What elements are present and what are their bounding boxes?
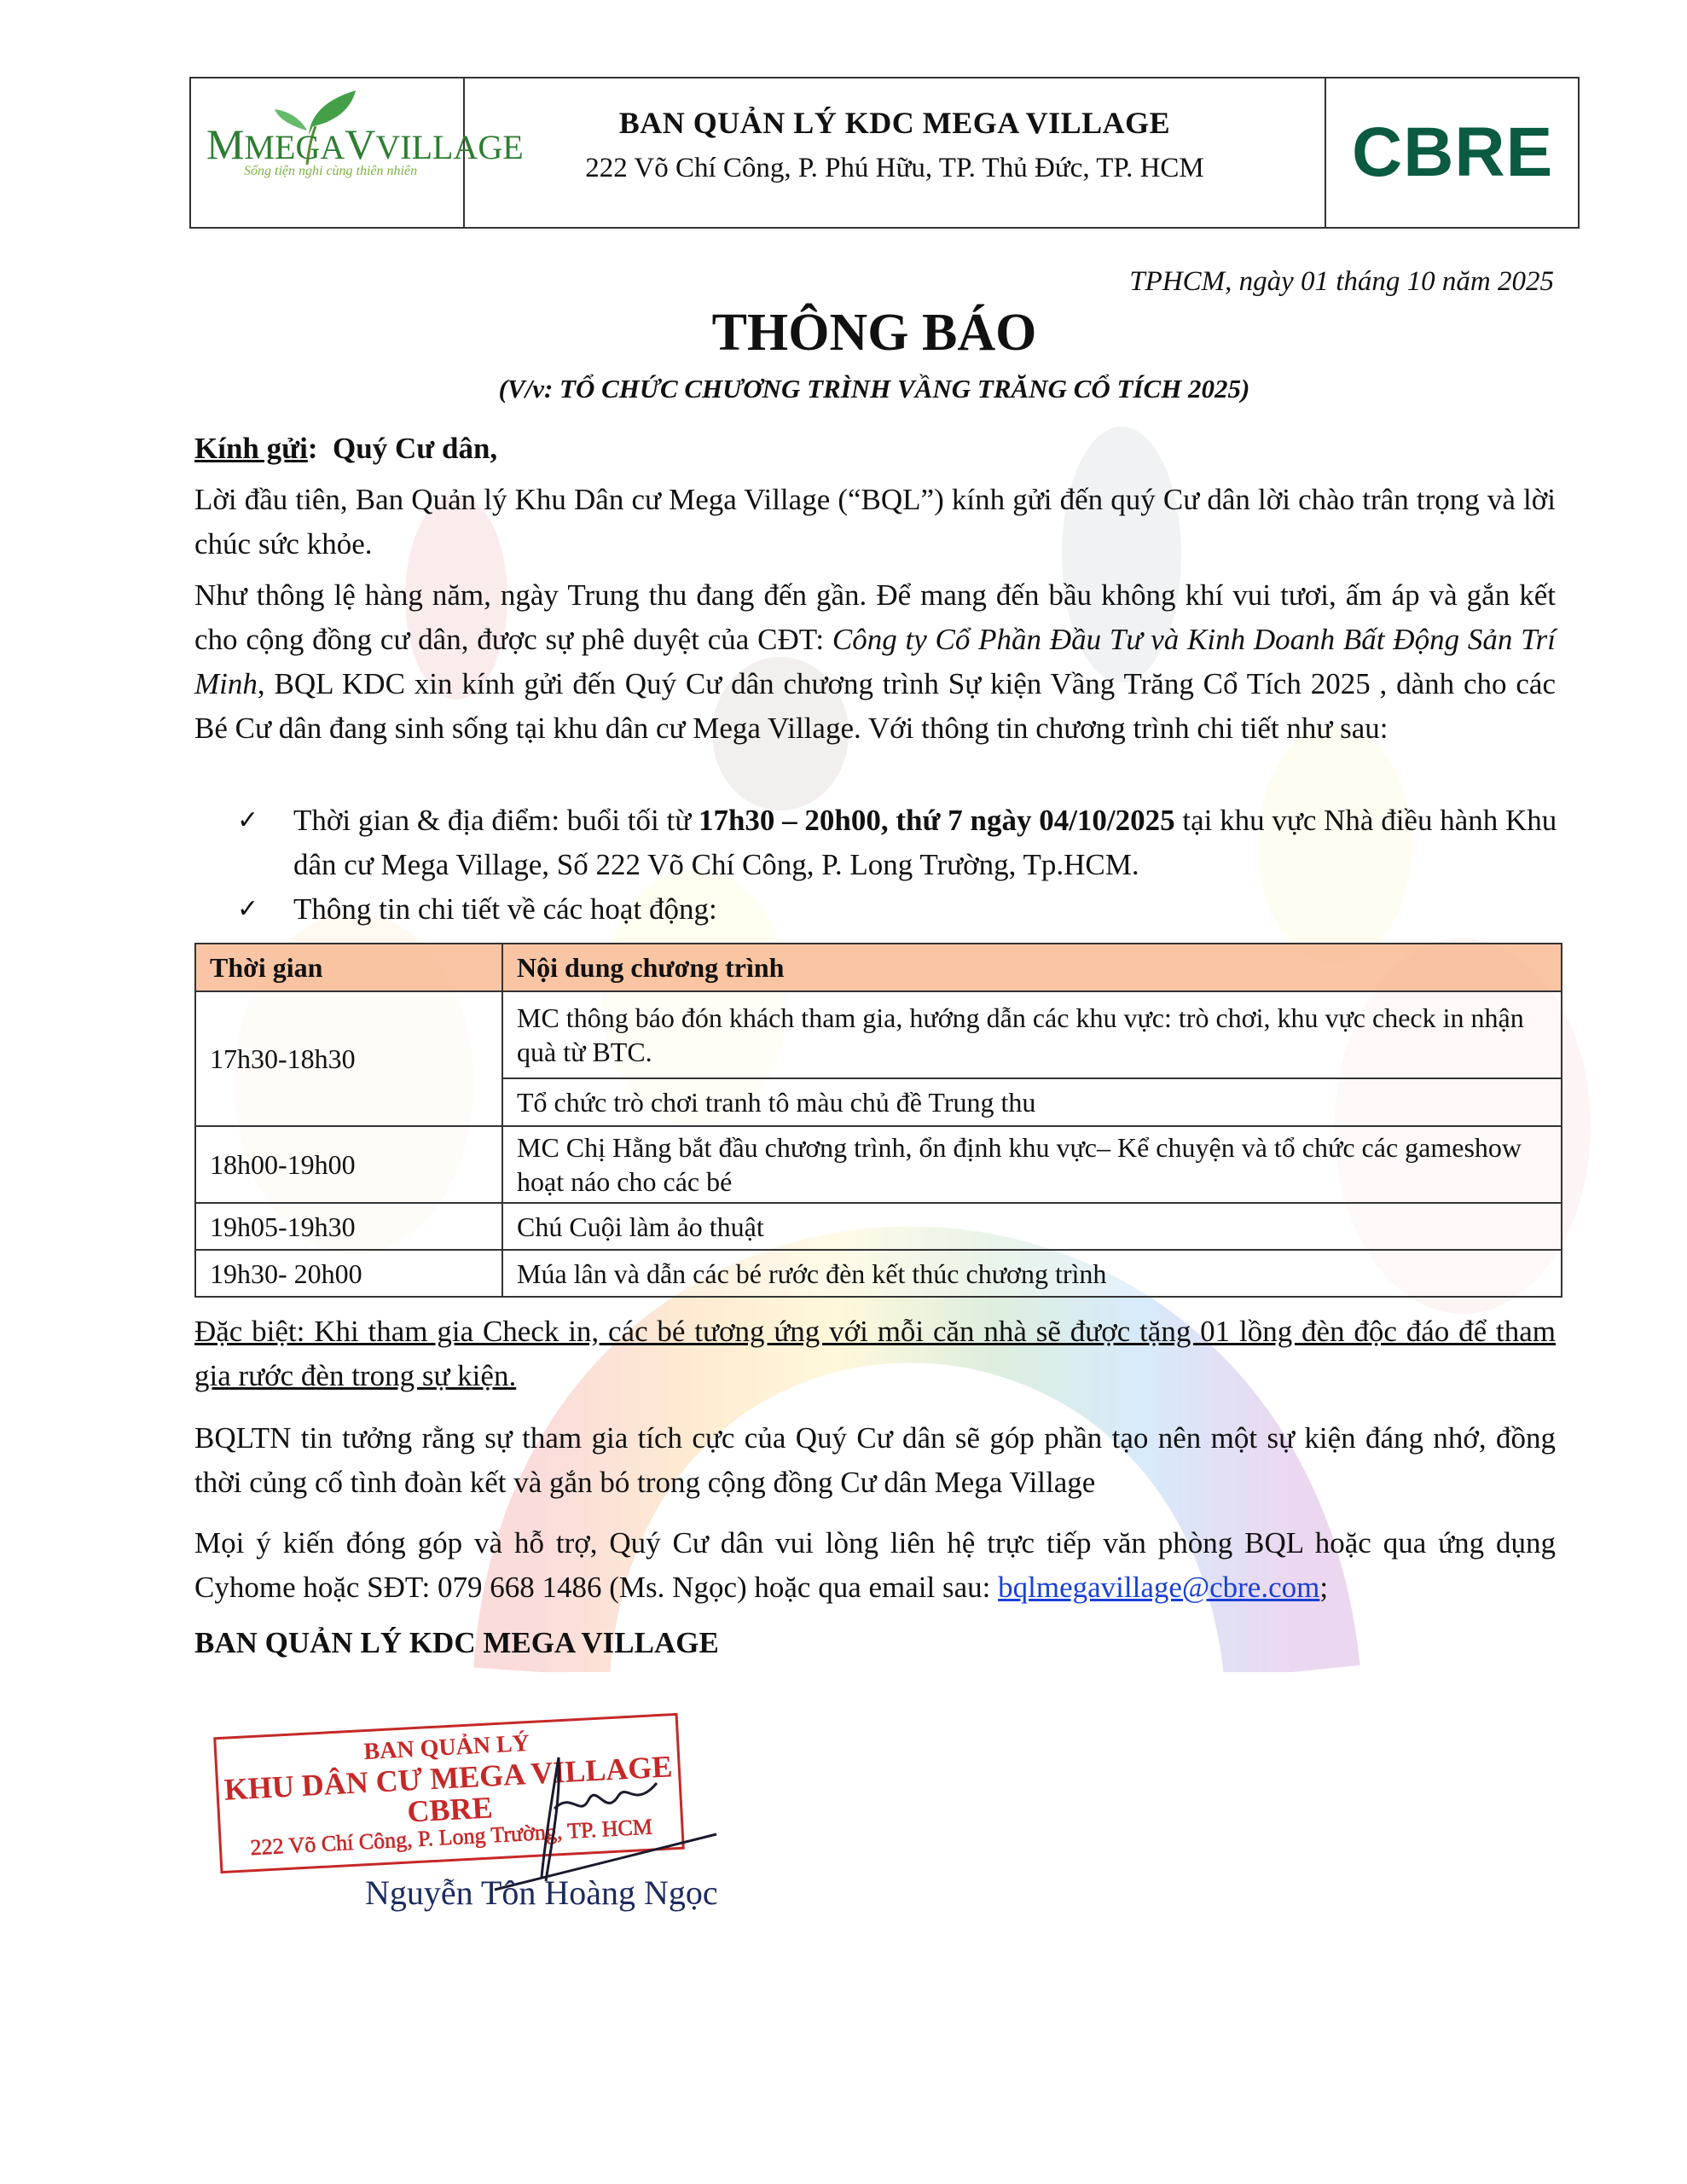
table-row: 18h00-19h00 MC Chị Hằng bắt đầu chương t… [195,1126,1562,1203]
content-cell: Múa lân và dẫn các bé rước đèn kết thúc … [502,1250,1562,1297]
intro-paragraph: Lời đầu tiên, Ban Quản lý Khu Dân cư Meg… [194,478,1556,566]
date-line: TPHCM, ngày 01 tháng 10 năm 2025 [1129,266,1554,298]
logo-word-prefix: MEGA [244,128,345,166]
check-icon: ✓ [237,887,258,932]
logo-word-suffix: VILLAGE [375,128,523,166]
contact-paragraph: Mọi ý kiến đóng góp và hỗ trợ, Quý Cư dâ… [194,1521,1556,1610]
greeting-separator: : [308,432,333,465]
time-cell: 19h05-19h30 [195,1203,502,1250]
bullet-activity-details: ✓ Thông tin chi tiết về các hoạt động: [246,887,1559,932]
signature-heading: BAN QUẢN LÝ KDC MEGA VILLAGE [194,1621,1556,1665]
time-cell: 19h30- 20h00 [195,1250,502,1297]
bullet-text: Thông tin chi tiết về các hoạt động: [246,887,1559,932]
greeting: Kính gửi: Quý Cư dân, [194,427,1556,471]
contact-text: Mọi ý kiến đóng góp và hỗ trợ, Quý Cư dâ… [194,1526,1556,1604]
closing-paragraph: BQLTN tin tưởng rằng sự tham gia tích cự… [194,1416,1556,1505]
document-subtitle: (V/v: TỔ CHỨC CHƯƠNG TRÌNH VẦNG TRĂNG CỔ… [0,374,1687,404]
special-note: Đặc biệt: Khi tham gia Check in, các bé … [194,1310,1556,1398]
letterhead-center: BAN QUẢN LÝ KDC MEGA VILLAGE 222 Võ Chí … [465,78,1326,227]
document-title: THÔNG BÁO [0,303,1687,363]
time-cell: 17h30-18h30 [195,991,502,1126]
check-icon: ✓ [237,799,258,843]
contact-text-end: ; [1319,1571,1328,1604]
greeting-recipient: Quý Cư dân, [333,432,497,465]
column-header-time: Thời gian [195,944,502,991]
column-header-content: Nội dung chương trình [502,944,1562,991]
letterhead: MMEGAVVILLAGE Sống tiện nghi cùng thiên … [189,77,1580,229]
schedule-table: Thời gian Nội dung chương trình 17h30-18… [194,943,1562,1298]
cbre-logo: CBRE [1352,118,1553,188]
signer-name: Nguyễn Tôn Hoàng Ngọc [365,1873,718,1913]
content-cell: Chú Cuội làm ảo thuật [502,1203,1562,1250]
table-header-row: Thời gian Nội dung chương trình [195,944,1562,991]
cbre-logo-cell: CBRE [1326,78,1578,227]
org-address: 222 Võ Chí Công, P. Phú Hữu, TP. Thủ Đức… [585,153,1204,184]
event-paragraph: Như thông lệ hàng năm, ngày Trung thu đa… [194,573,1556,751]
table-row: 19h30- 20h00 Múa lân và dẫn các bé rước … [195,1250,1562,1297]
event-datetime: 17h30 – 20h00, thứ 7 ngày 04/10/2025 [699,804,1175,837]
event-paragraph-text-2: , BQL KDC xin kính gửi đến Quý Cư dân ch… [194,667,1556,745]
megavillage-logo-cell: MMEGAVVILLAGE Sống tiện nghi cùng thiên … [191,78,465,227]
content-cell: MC Chị Hằng bắt đầu chương trình, ổn địn… [502,1126,1562,1203]
content-cell: MC thông báo đón khách tham gia, hướng d… [502,991,1562,1078]
greeting-label: Kính gửi [194,432,308,465]
table-row: 17h30-18h30 MC thông báo đón khách tham … [195,991,1562,1078]
org-name: BAN QUẢN LÝ KDC MEGA VILLAGE [619,105,1170,141]
email-link[interactable]: bqlmegavillage@cbre.com [998,1571,1319,1604]
megavillage-wordmark: MMEGAVVILLAGE [206,119,524,169]
logo-tagline: Sống tiện nghi cùng thiên nhiên [244,164,417,179]
content-cell: Tổ chức trò chơi tranh tô màu chủ đề Tru… [502,1078,1562,1126]
bullet-time-location: ✓ Thời gian & địa điểm: buổi tối từ 17h3… [246,799,1559,887]
table-row: 19h05-19h30 Chú Cuội làm ảo thuật [195,1203,1562,1250]
time-cell: 18h00-19h00 [195,1126,502,1203]
bullet-text: Thời gian & địa điểm: buổi tối từ [293,804,699,837]
